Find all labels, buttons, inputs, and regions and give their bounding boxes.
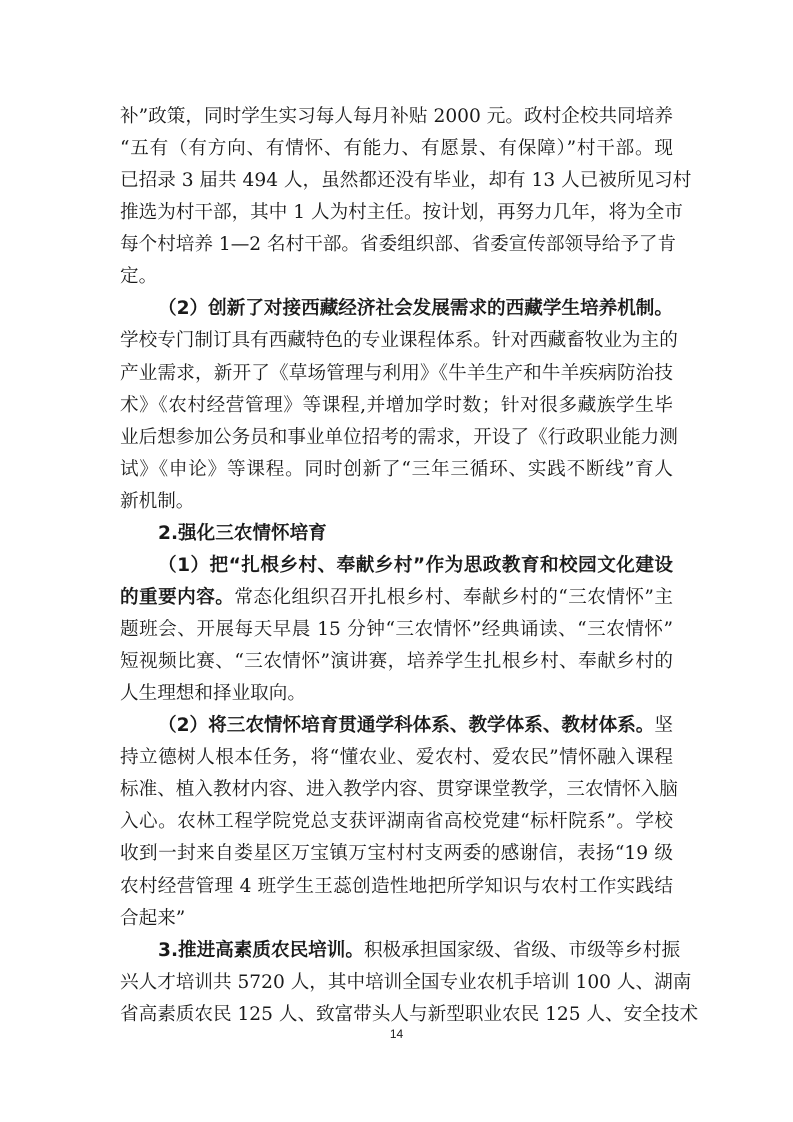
text-line-mixed: 3.推进高素质农民培训。积极承担国家级、省级、市级等乡村振	[120, 935, 673, 967]
text-line: 兴人才培训共 5720 人，其中培训全国专业农机手培训 100 人、湖南	[120, 967, 673, 999]
text-line: 农村经营管理 4 班学生王蕊创造性地把所学知识与农村工作实践结	[120, 871, 673, 903]
text-line: 产业需求，新开了《草场管理与利用》《牛羊生产和牛羊疾病防治技	[120, 358, 673, 390]
text-line: 收到一封来自娄星区万宝镇万宝村村支两委的感谢信，表扬“19 级	[120, 838, 673, 870]
paragraph-village-cadres: 补”政策，同时学生实习每人每月补贴 2000 元。政村企校共同培养 “五有（有方…	[120, 101, 673, 293]
text-line: 新机制。	[120, 486, 673, 518]
paragraph-tibet-training: （2）创新了对接西藏经济社会发展需求的西藏学生培养机制。 学校专门制订具有西藏特…	[120, 293, 673, 517]
text-line: 合起来”	[120, 903, 673, 935]
text-line: 每个村培养 1—2 名村干部。省委组织部、省委宣传部领导给予了肯	[120, 229, 673, 261]
subheading-tibet-mechanism: （2）创新了对接西藏经济社会发展需求的西藏学生培养机制。	[120, 293, 673, 325]
paragraph-farmer-training: 3.推进高素质农民培训。积极承担国家级、省级、市级等乡村振 兴人才培训共 572…	[120, 935, 673, 1031]
paragraph-curriculum-integration: （2）将三农情怀培育贯通学科体系、教学体系、教材体系。坚 持立德树人根本任务，将…	[120, 710, 673, 934]
text-line: 人生理想和择业取向。	[120, 678, 673, 710]
subheading-curriculum-integration: （2）将三农情怀培育贯通学科体系、教学体系、教材体系。	[158, 715, 654, 736]
text-line: 定。	[120, 261, 673, 293]
subheading-continuation: 的重要内容。	[120, 587, 234, 608]
text-line: 业后想参加公务员和事业单位招考的需求，开设了《行政职业能力测	[120, 422, 673, 454]
text-line: 题班会、开展每天早晨 15 分钟“三农情怀”经典诵读、“三农情怀”	[120, 614, 673, 646]
text-line: 入心。农林工程学院党总支获评湖南省高校党建“标杆院系”。学校	[120, 806, 673, 838]
subheading-rooted-in-village: （1）把“扎根乡村、奉献乡村”作为思政教育和校园文化建设	[120, 550, 673, 582]
text-line: 学校专门制订具有西藏特色的专业课程体系。针对西藏畜牧业为主的	[120, 325, 673, 357]
text-line: 补”政策，同时学生实习每人每月补贴 2000 元。政村企校共同培养	[120, 101, 673, 133]
text-line: 标准、植入教材内容、进入教学内容、贯穿课堂教学，三农情怀入脑	[120, 774, 673, 806]
section-heading-farmer-training: 3.推进高素质农民培训。	[158, 940, 364, 961]
section-heading-sannong: 2.强化三农情怀培育	[120, 518, 673, 550]
body-text: 积极承担国家级、省级、市级等乡村振	[364, 940, 680, 961]
text-line: 已招录 3 届共 494 人，虽然都还没有毕业，却有 13 人已被所见习村	[120, 165, 673, 197]
text-line: 推选为村干部，其中 1 人为村主任。按计划，再努力几年，将为全市	[120, 197, 673, 229]
text-line-mixed: （2）将三农情怀培育贯通学科体系、教学体系、教材体系。坚	[120, 710, 673, 742]
text-line: 术》《农村经营管理》等课程,并增加学时数；针对很多藏族学生毕	[120, 390, 673, 422]
text-line: “五有（有方向、有情怀、有能力、有愿景、有保障）”村干部。现	[120, 133, 673, 165]
text-line: 持立德树人根本任务，将“懂农业、爱农村、爱农民”情怀融入课程	[120, 742, 673, 774]
document-page: 补”政策，同时学生实习每人每月补贴 2000 元。政村企校共同培养 “五有（有方…	[120, 101, 673, 1031]
page-number: 14	[0, 1027, 793, 1041]
text-line: 短视频比赛、“三农情怀”演讲赛，培养学生扎根乡村、奉献乡村的	[120, 646, 673, 678]
text-line-mixed: 的重要内容。常态化组织召开扎根乡村、奉献乡村的“三农情怀”主	[120, 582, 673, 614]
body-text: 坚	[654, 715, 673, 736]
text-line: 省高素质农民 125 人、致富带头人与新型职业农民 125 人、安全技术	[120, 999, 673, 1031]
paragraph-rooted-in-village: （1）把“扎根乡村、奉献乡村”作为思政教育和校园文化建设 的重要内容。常态化组织…	[120, 550, 673, 710]
text-line: 试》《申论》等课程。同时创新了“三年三循环、实践不断线”育人	[120, 454, 673, 486]
body-text: 常态化组织召开扎根乡村、奉献乡村的“三农情怀”主	[234, 587, 673, 608]
